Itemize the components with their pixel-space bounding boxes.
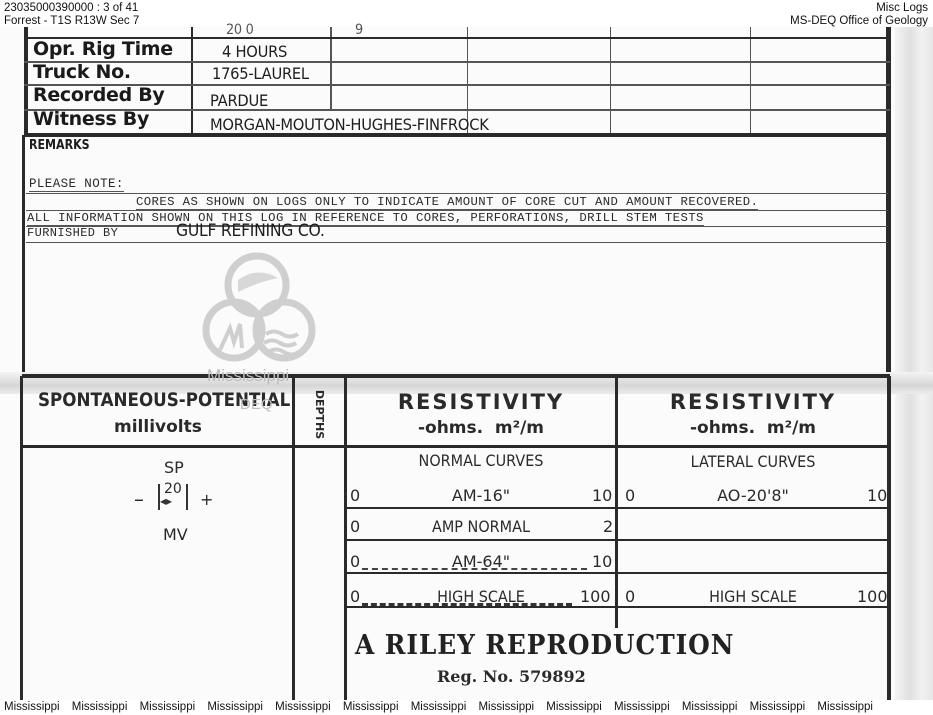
value-opr-rig-time: 4 HOURS (222, 42, 287, 61)
footer-watermark-item: Mississippi (682, 701, 738, 713)
furnished-by-label: FURNISHED BY (27, 226, 118, 240)
sp-mv: MV (163, 525, 188, 544)
footer-watermark-item: Mississippi (817, 701, 873, 713)
footer-watermark-item: Mississippi (275, 701, 331, 713)
watermark-subtext: DEQ (240, 396, 273, 413)
footer-watermark-item: Mississippi (72, 701, 128, 713)
resistivity-normal-title: RESISTIVITY (347, 390, 615, 414)
scale-right: 100 (857, 587, 888, 606)
ms-deq-logo-icon (196, 250, 326, 370)
remarks-title: REMARKS (29, 138, 90, 153)
reproduction-reg-no: Reg. No. 579892 (437, 667, 586, 686)
scale-name: HIGH SCALE (632, 587, 875, 606)
scale-name: HIGH SCALE (360, 587, 601, 606)
resistivity-lateral-title: RESISTIVITY (618, 390, 888, 414)
value-witness-by: MORGAN-MOUTON-HUGHES-FINFROCK (210, 115, 489, 134)
scale-right: 10 (592, 552, 612, 571)
footer-watermark-item: Mississippi (140, 701, 196, 713)
scale-right: 10 (867, 486, 887, 505)
scale-name: AM-16" (347, 486, 615, 505)
label-truck-no: Truck No. (33, 61, 131, 83)
footer-watermark-item: Mississippi (614, 701, 670, 713)
label-recorded-by: Recorded By (33, 84, 164, 106)
normal-curves-subtitle: NORMAL CURVES (360, 451, 601, 470)
reproduction-title: A RILEY REPRODUCTION (355, 630, 734, 661)
footer-watermark-item: Mississippi (546, 701, 602, 713)
scale-left: 0 (350, 587, 360, 606)
label-witness-by: Witness By (33, 108, 149, 130)
footer-watermark-item: Mississippi (4, 701, 60, 713)
remarks-line-1: CORES AS SHOWN ON LOGS ONLY TO INDICATE … (136, 195, 758, 210)
partial-row-value: 20 0 (226, 22, 254, 38)
watermark-text-overlay: Mississippi (207, 366, 289, 386)
value-truck-no: 1765-LAUREL (212, 64, 309, 83)
remarks-line-2: ALL INFORMATION SHOWN ON THIS LOG IN REF… (27, 211, 704, 226)
furnished-by-value: GULF REFINING CO. (176, 221, 325, 241)
scan-edge (895, 27, 933, 700)
document-id: 23035000390000 : 3 of 41 (4, 2, 138, 15)
scale-right: 10 (592, 486, 612, 505)
footer-watermark-item: Mississippi (750, 701, 806, 713)
scale-name: AM-64" (347, 552, 615, 571)
scale-right: 100 (580, 587, 611, 606)
log-category: Misc Logs (876, 2, 928, 15)
footer-watermark-item: Mississippi (207, 701, 263, 713)
footer-watermark-item: Mississippi (411, 701, 467, 713)
scale-name: AMP NORMAL (360, 517, 601, 536)
lateral-curves-subtitle: LATERAL CURVES (632, 452, 875, 471)
depths-label: DEPTHS (314, 389, 327, 438)
sp-scale-bar-right (186, 484, 188, 510)
sp-plus: + (200, 490, 213, 509)
scale-name: AO-20'8" (618, 486, 888, 505)
double-arrow-icon: ◂▸ (160, 494, 172, 508)
resistivity-normal-unit: -ohms. m²/m (347, 418, 615, 438)
scale-right: 2 (603, 517, 613, 536)
scale-left: 0 (350, 517, 360, 536)
sp-label: SP (164, 458, 184, 477)
sp-unit: millivolts (114, 417, 202, 437)
resistivity-lateral-unit: -ohms. m²/m (618, 418, 888, 438)
label-opr-rig-time: Opr. Rig Time (33, 38, 173, 60)
footer-watermark-item: Mississippi (478, 701, 534, 713)
value-recorded-by: PARDUE (210, 91, 268, 110)
depths-header: DEPTHS (295, 386, 345, 442)
sp-minus: – (134, 487, 144, 511)
footer-watermark: MississippiMississippiMississippiMississ… (4, 701, 885, 713)
please-note-label: PLEASE NOTE: (29, 177, 124, 192)
footer-watermark-item: Mississippi (343, 701, 399, 713)
partial-row-value-2: 9 (355, 22, 363, 38)
